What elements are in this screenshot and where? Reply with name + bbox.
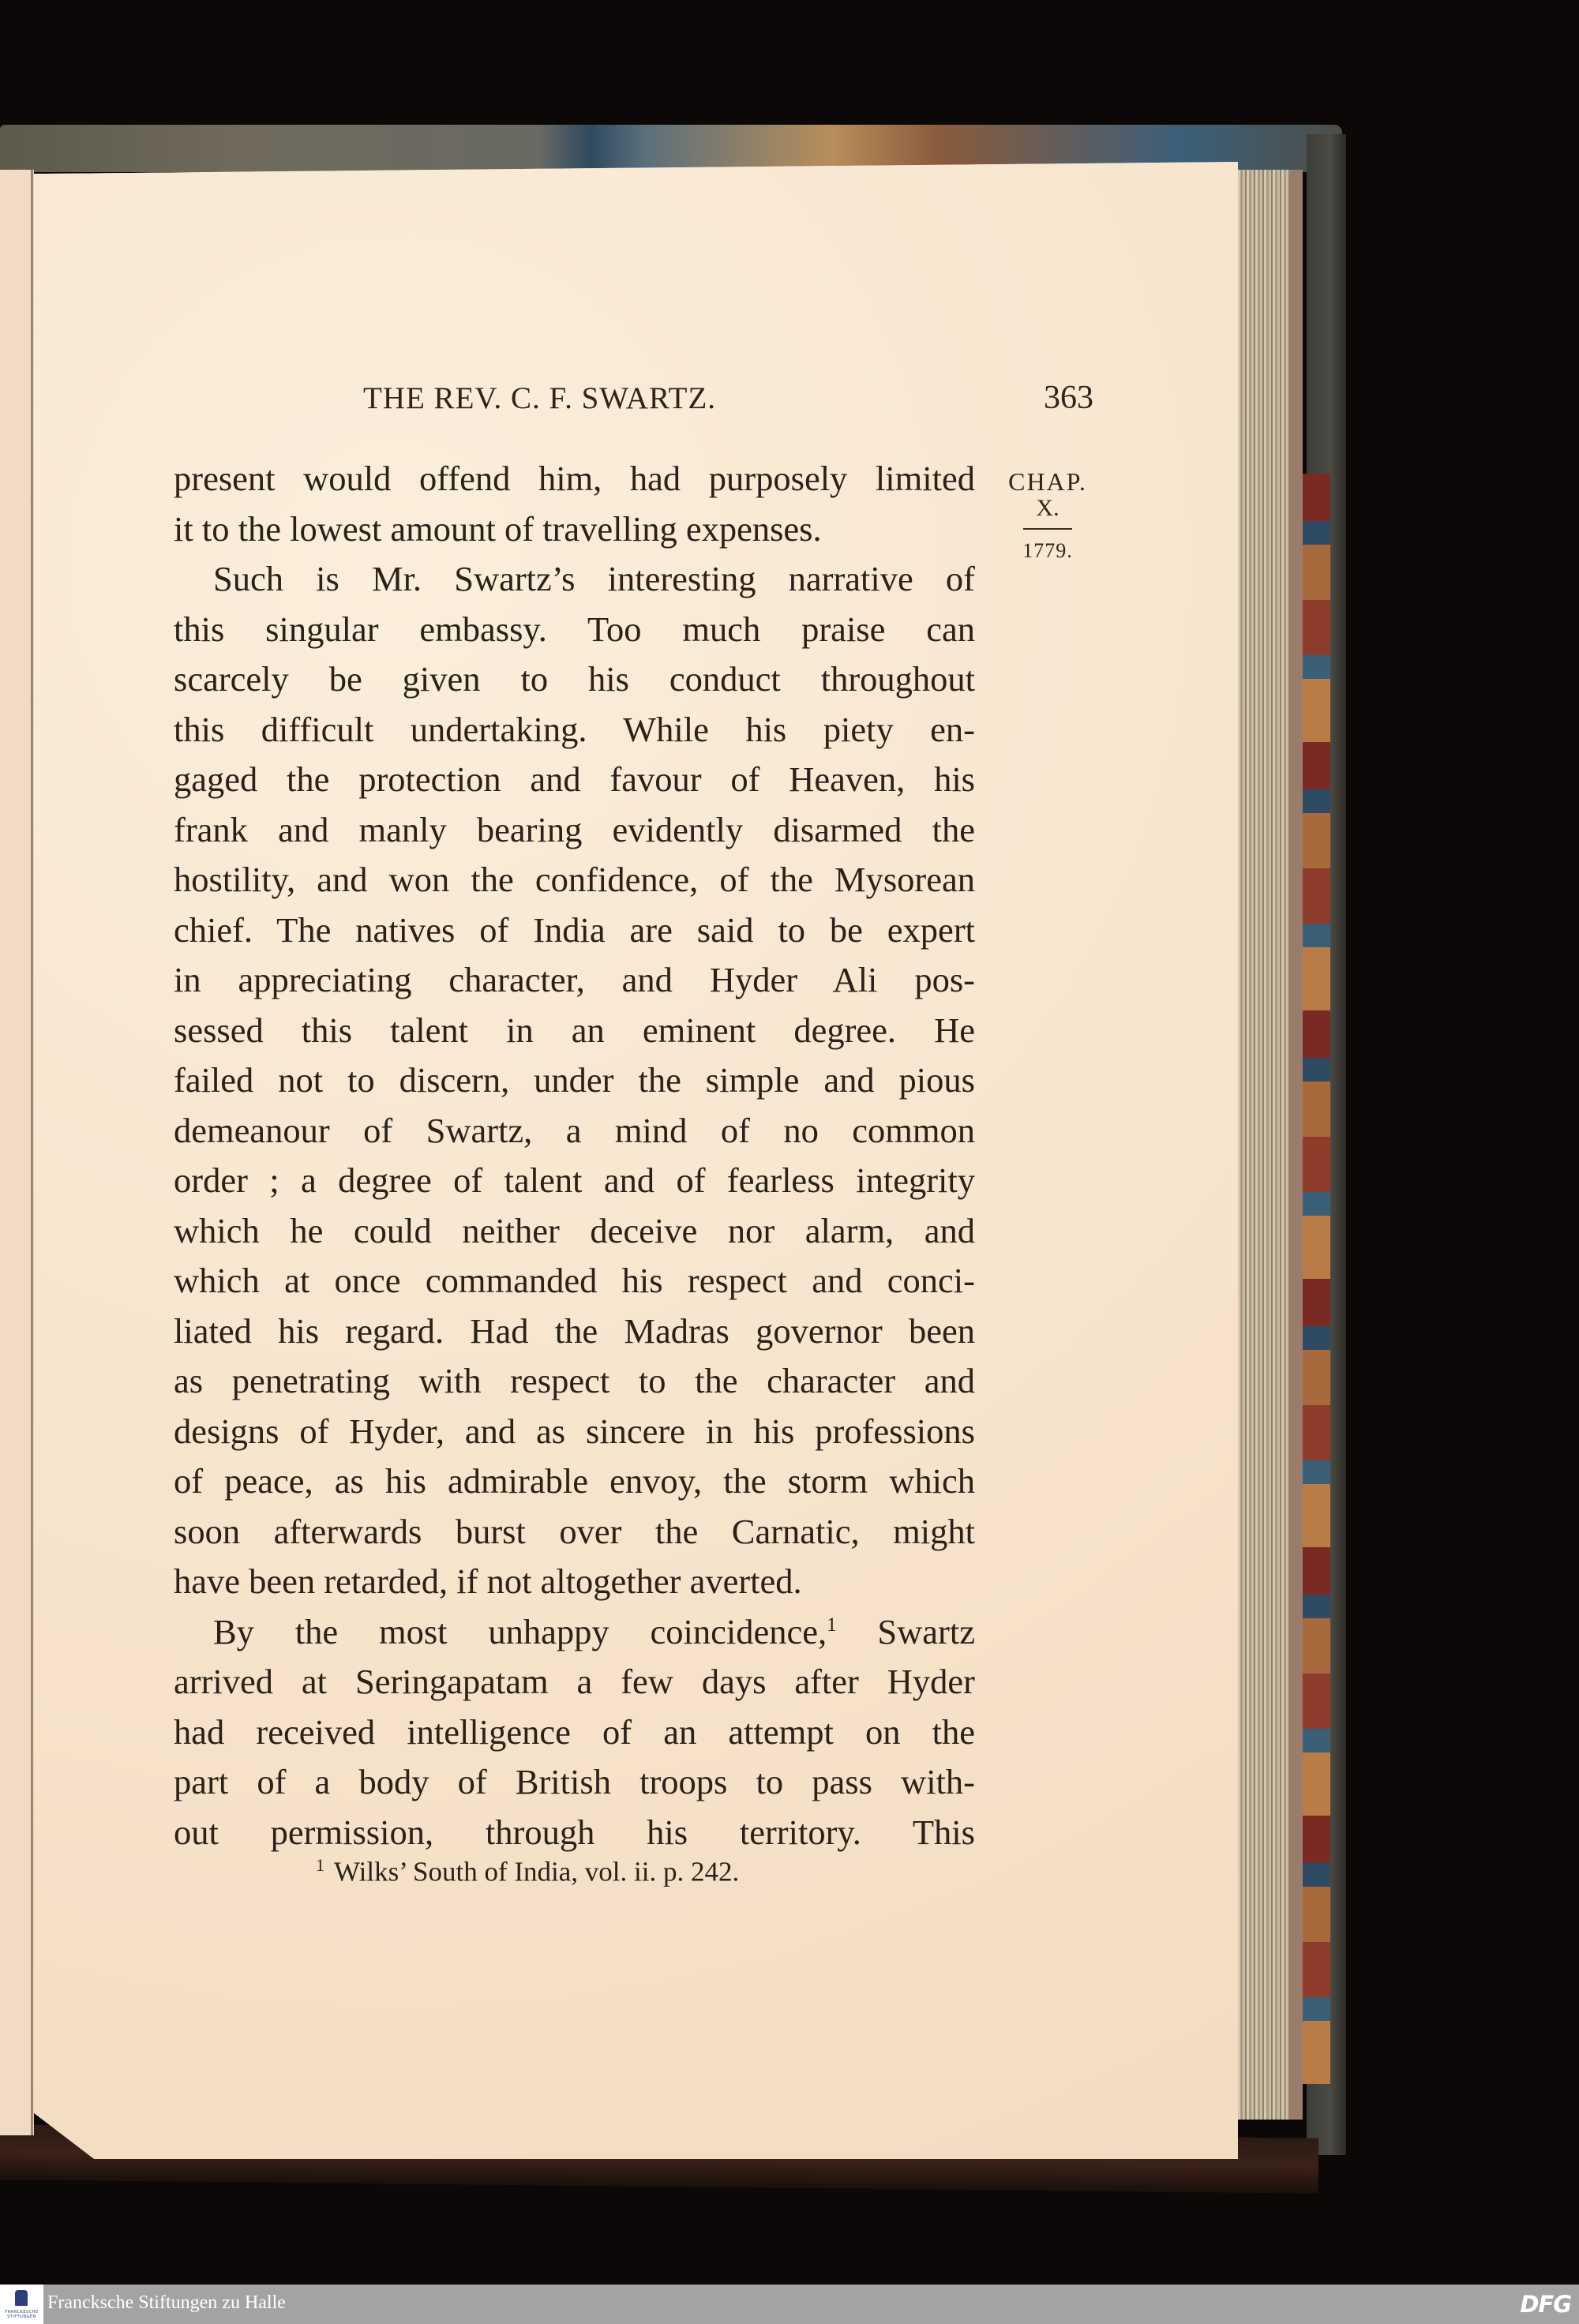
text-line: present would offend him, had purposely … <box>174 454 975 504</box>
gutter <box>30 170 34 2135</box>
margin-rule <box>1023 528 1072 530</box>
text-line: as penetrating with respect to the chara… <box>174 1356 975 1407</box>
text-line: out permission, through his territory. T… <box>174 1808 975 1858</box>
margin-note: CHAP. X. 1779. <box>996 467 1099 563</box>
text-line: designs of Hyder, and as sincere in his … <box>174 1407 975 1457</box>
text-line: failed not to discern, under the simple … <box>174 1055 975 1106</box>
text-line: sessed this talent in an eminent degree.… <box>174 1006 975 1056</box>
facing-page-edge <box>0 170 32 2135</box>
page-block-edges <box>1232 170 1303 2120</box>
dfg-logo[interactable]: DFG <box>1520 2291 1571 2318</box>
footnote-text: Wilks’ South of India, vol. ii. p. 242. <box>334 1857 739 1887</box>
text-line: have been retarded, if not altogether av… <box>174 1557 975 1607</box>
text-line: frank and manly bearing evidently disarm… <box>174 805 975 856</box>
institution-name: Francksche Stiftungen zu Halle <box>47 2292 286 2314</box>
text-line: liated his regard. Had the Madras govern… <box>174 1306 975 1357</box>
body-text: present would offend him, had purposely … <box>174 454 975 1857</box>
text-line: which he could neither deceive nor alarm… <box>174 1206 975 1257</box>
text-line: had received intelligence of an attempt … <box>174 1707 975 1758</box>
page-number: 363 <box>1044 379 1093 417</box>
viewer-footer: FRANCKESCHE STIFTUNGEN Francksche Stiftu… <box>0 2285 1579 2324</box>
text-line: chief. The natives of India are said to … <box>174 905 975 956</box>
text-line: Such is Mr. Swartz’s interesting narrati… <box>174 554 975 605</box>
footnote: 1Wilks’ South of India, vol. ii. p. 242. <box>316 1855 739 1888</box>
text-line: hostility, and won the confidence, of th… <box>174 855 975 905</box>
margin-year: 1779. <box>996 539 1099 563</box>
text-line: of peace, as his admirable envoy, the st… <box>174 1456 975 1507</box>
franckesche-figure-icon <box>15 2290 28 2306</box>
text-line: soon afterwards burst over the Carnatic,… <box>174 1507 975 1557</box>
text-line: scarcely be given to his conduct through… <box>174 654 975 705</box>
chapter-label: CHAP. <box>996 467 1099 497</box>
chapter-number: X. <box>996 497 1099 520</box>
text-line: gaged the protection and favour of Heave… <box>174 755 975 805</box>
text-line: which at once commanded his respect and … <box>174 1256 975 1306</box>
logo-text-line2: STIFTUNGEN <box>2 2315 42 2319</box>
text-line: this difficult undertaking. While his pi… <box>174 705 975 755</box>
text-line: arrived at Seringapatam a few days after… <box>174 1657 975 1707</box>
text-line: By the most unhappy coincidence,1 Swartz <box>174 1607 975 1658</box>
text-line: order ; a degree of talent and of fearle… <box>174 1156 975 1206</box>
text-line: part of a body of British troops to pass… <box>174 1757 975 1808</box>
text-line: it to the lowest amount of travelling ex… <box>174 504 975 555</box>
text-line: this singular embassy. Too much praise c… <box>174 605 975 655</box>
footnote-ref[interactable]: 1 <box>827 1614 837 1636</box>
running-head: THE REV. C. F. SWARTZ. <box>363 380 716 416</box>
text-line: in appreciating character, and Hyder Ali… <box>174 955 975 1006</box>
footnote-marker: 1 <box>316 1855 324 1875</box>
institution-logo[interactable]: FRANCKESCHE STIFTUNGEN <box>0 2285 43 2324</box>
text-line: demeanour of Swartz, a mind of no common <box>174 1106 975 1156</box>
